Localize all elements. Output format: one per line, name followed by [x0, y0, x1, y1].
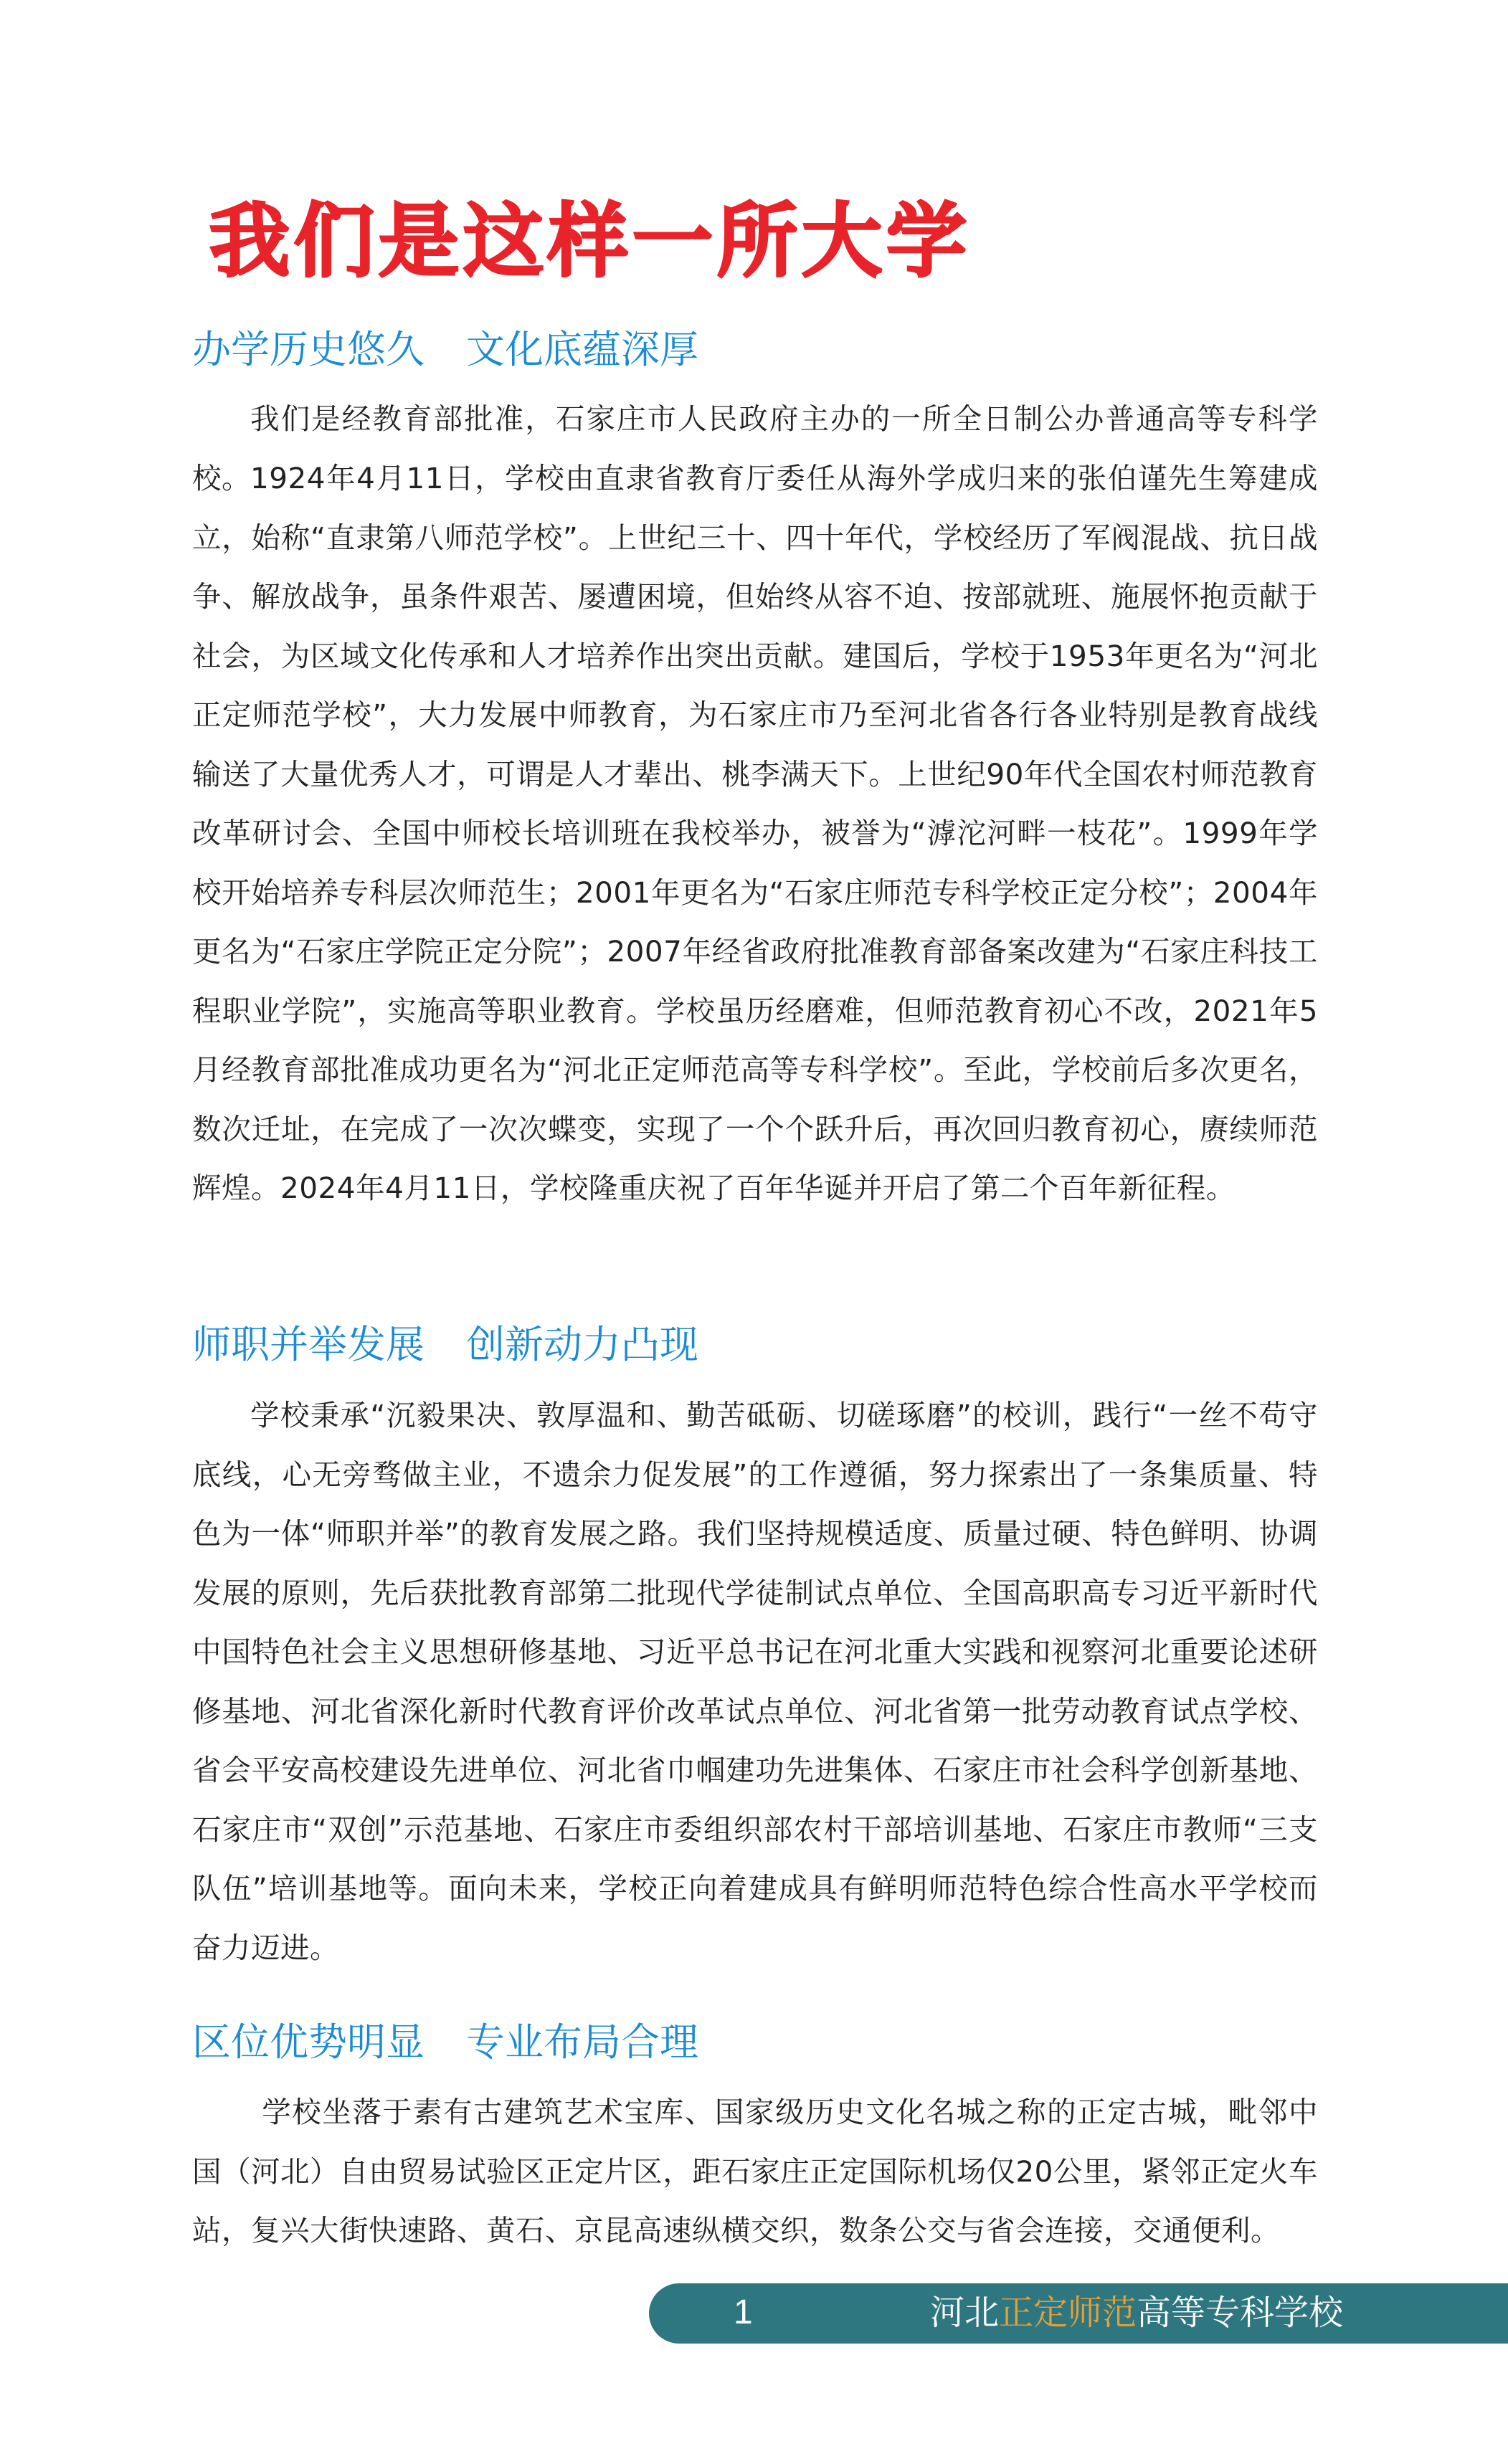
- section-heading-part1: 区位优势明显: [192, 2020, 425, 2065]
- section-heading-part2: 文化底蕴深厚: [466, 327, 698, 372]
- school-name: 河北正定师范高等专科学校: [930, 2289, 1343, 2336]
- paragraph-development: 学校秉承“沉毅果决、敦厚温和、勤苦砥砺、切磋琢磨”的校训，践行“一丝不苟守底线，…: [192, 1386, 1318, 1977]
- school-name-suffix: 高等专科学校: [1137, 2293, 1343, 2333]
- school-name-prefix: 河北: [930, 2293, 999, 2333]
- paragraph-history: 1924年4月11日，学校由直隶省教育厅委任从海外学成归来的张伯谨先生筹建成立，…: [192, 449, 1318, 1218]
- page-number: 1: [734, 2289, 753, 2336]
- page-title: 我们是这样一所大学: [209, 188, 971, 295]
- paragraph-location: 学校坐落于素有古建筑艺术宝库、国家级历史文化名城之称的正定古城，毗邻中国（河北）…: [192, 2083, 1318, 2260]
- section-heading-part1: 办学历史悠久: [192, 327, 425, 372]
- section-heading-part2: 创新动力凸现: [466, 1322, 698, 1367]
- footer-bar: 1 河北正定师范高等专科学校: [649, 2283, 1508, 2344]
- section-heading-part1: 师职并举发展: [192, 1322, 425, 1367]
- section-heading-location: 区位优势明显专业布局合理: [192, 2017, 698, 2068]
- section-heading-part2: 专业布局合理: [466, 2020, 698, 2065]
- section-heading-development: 师职并举发展创新动力凸现: [192, 1319, 698, 1371]
- section-heading-history: 办学历史悠久文化底蕴深厚: [192, 324, 698, 376]
- school-name-highlight: 正定师范: [999, 2293, 1137, 2333]
